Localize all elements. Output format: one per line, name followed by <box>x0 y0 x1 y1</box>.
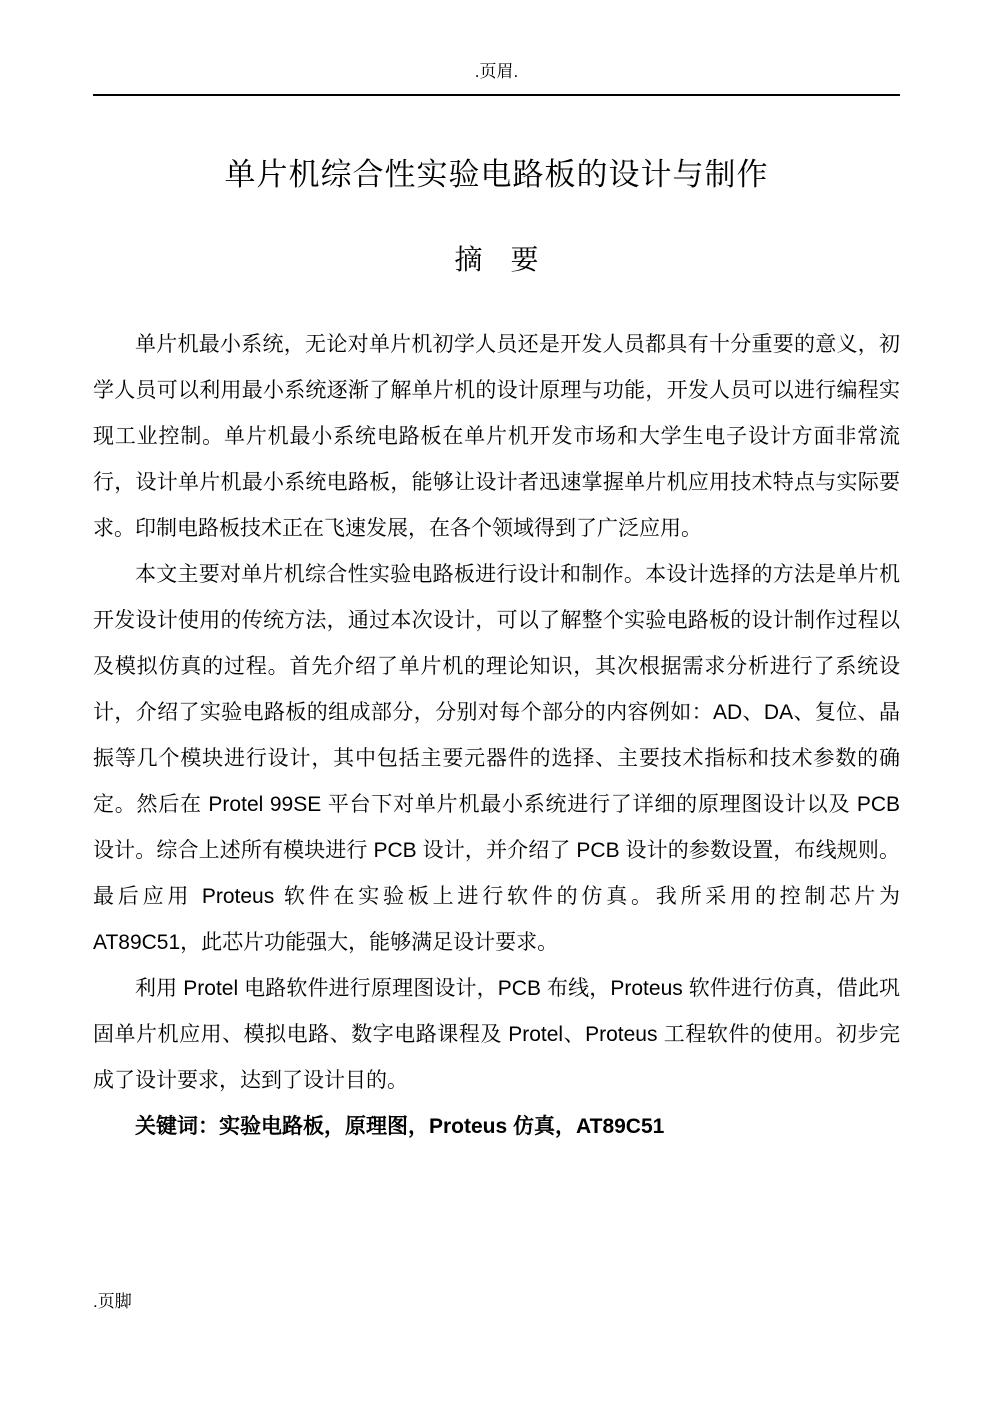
page-footer: .页脚 <box>93 1290 132 1314</box>
abstract-paragraph-1: 单片机最小系统，无论对单片机初学人员还是开发人员都具有十分重要的意义，初学人员可… <box>93 322 900 552</box>
abstract-paragraph-3: 利用 Protel 电路软件进行原理图设计，PCB 布线，Proteus 软件进… <box>93 966 900 1104</box>
keywords-line: 关键词：实验电路板，原理图，Proteus 仿真，AT89C51 <box>93 1104 900 1150</box>
abstract-body: 单片机最小系统，无论对单片机初学人员还是开发人员都具有十分重要的意义，初学人员可… <box>93 322 900 1150</box>
document-title: 单片机综合性实验电路板的设计与制作 <box>93 152 900 198</box>
page-header: .页眉. <box>93 60 900 96</box>
abstract-heading: 摘 要 <box>93 240 900 280</box>
keywords-text: 实验电路板，原理图，Proteus 仿真，AT89C51 <box>219 1115 664 1138</box>
document-page: .页眉. 单片机综合性实验电路板的设计与制作 摘 要 单片机最小系统，无论对单片… <box>0 0 993 1404</box>
keywords-label: 关键词： <box>135 1115 219 1138</box>
abstract-paragraph-2: 本文主要对单片机综合性实验电路板进行设计和制作。本设计选择的方法是单片机开发设计… <box>93 552 900 966</box>
page-header-text: .页眉. <box>475 62 518 81</box>
page-footer-text: .页脚 <box>93 1292 132 1311</box>
